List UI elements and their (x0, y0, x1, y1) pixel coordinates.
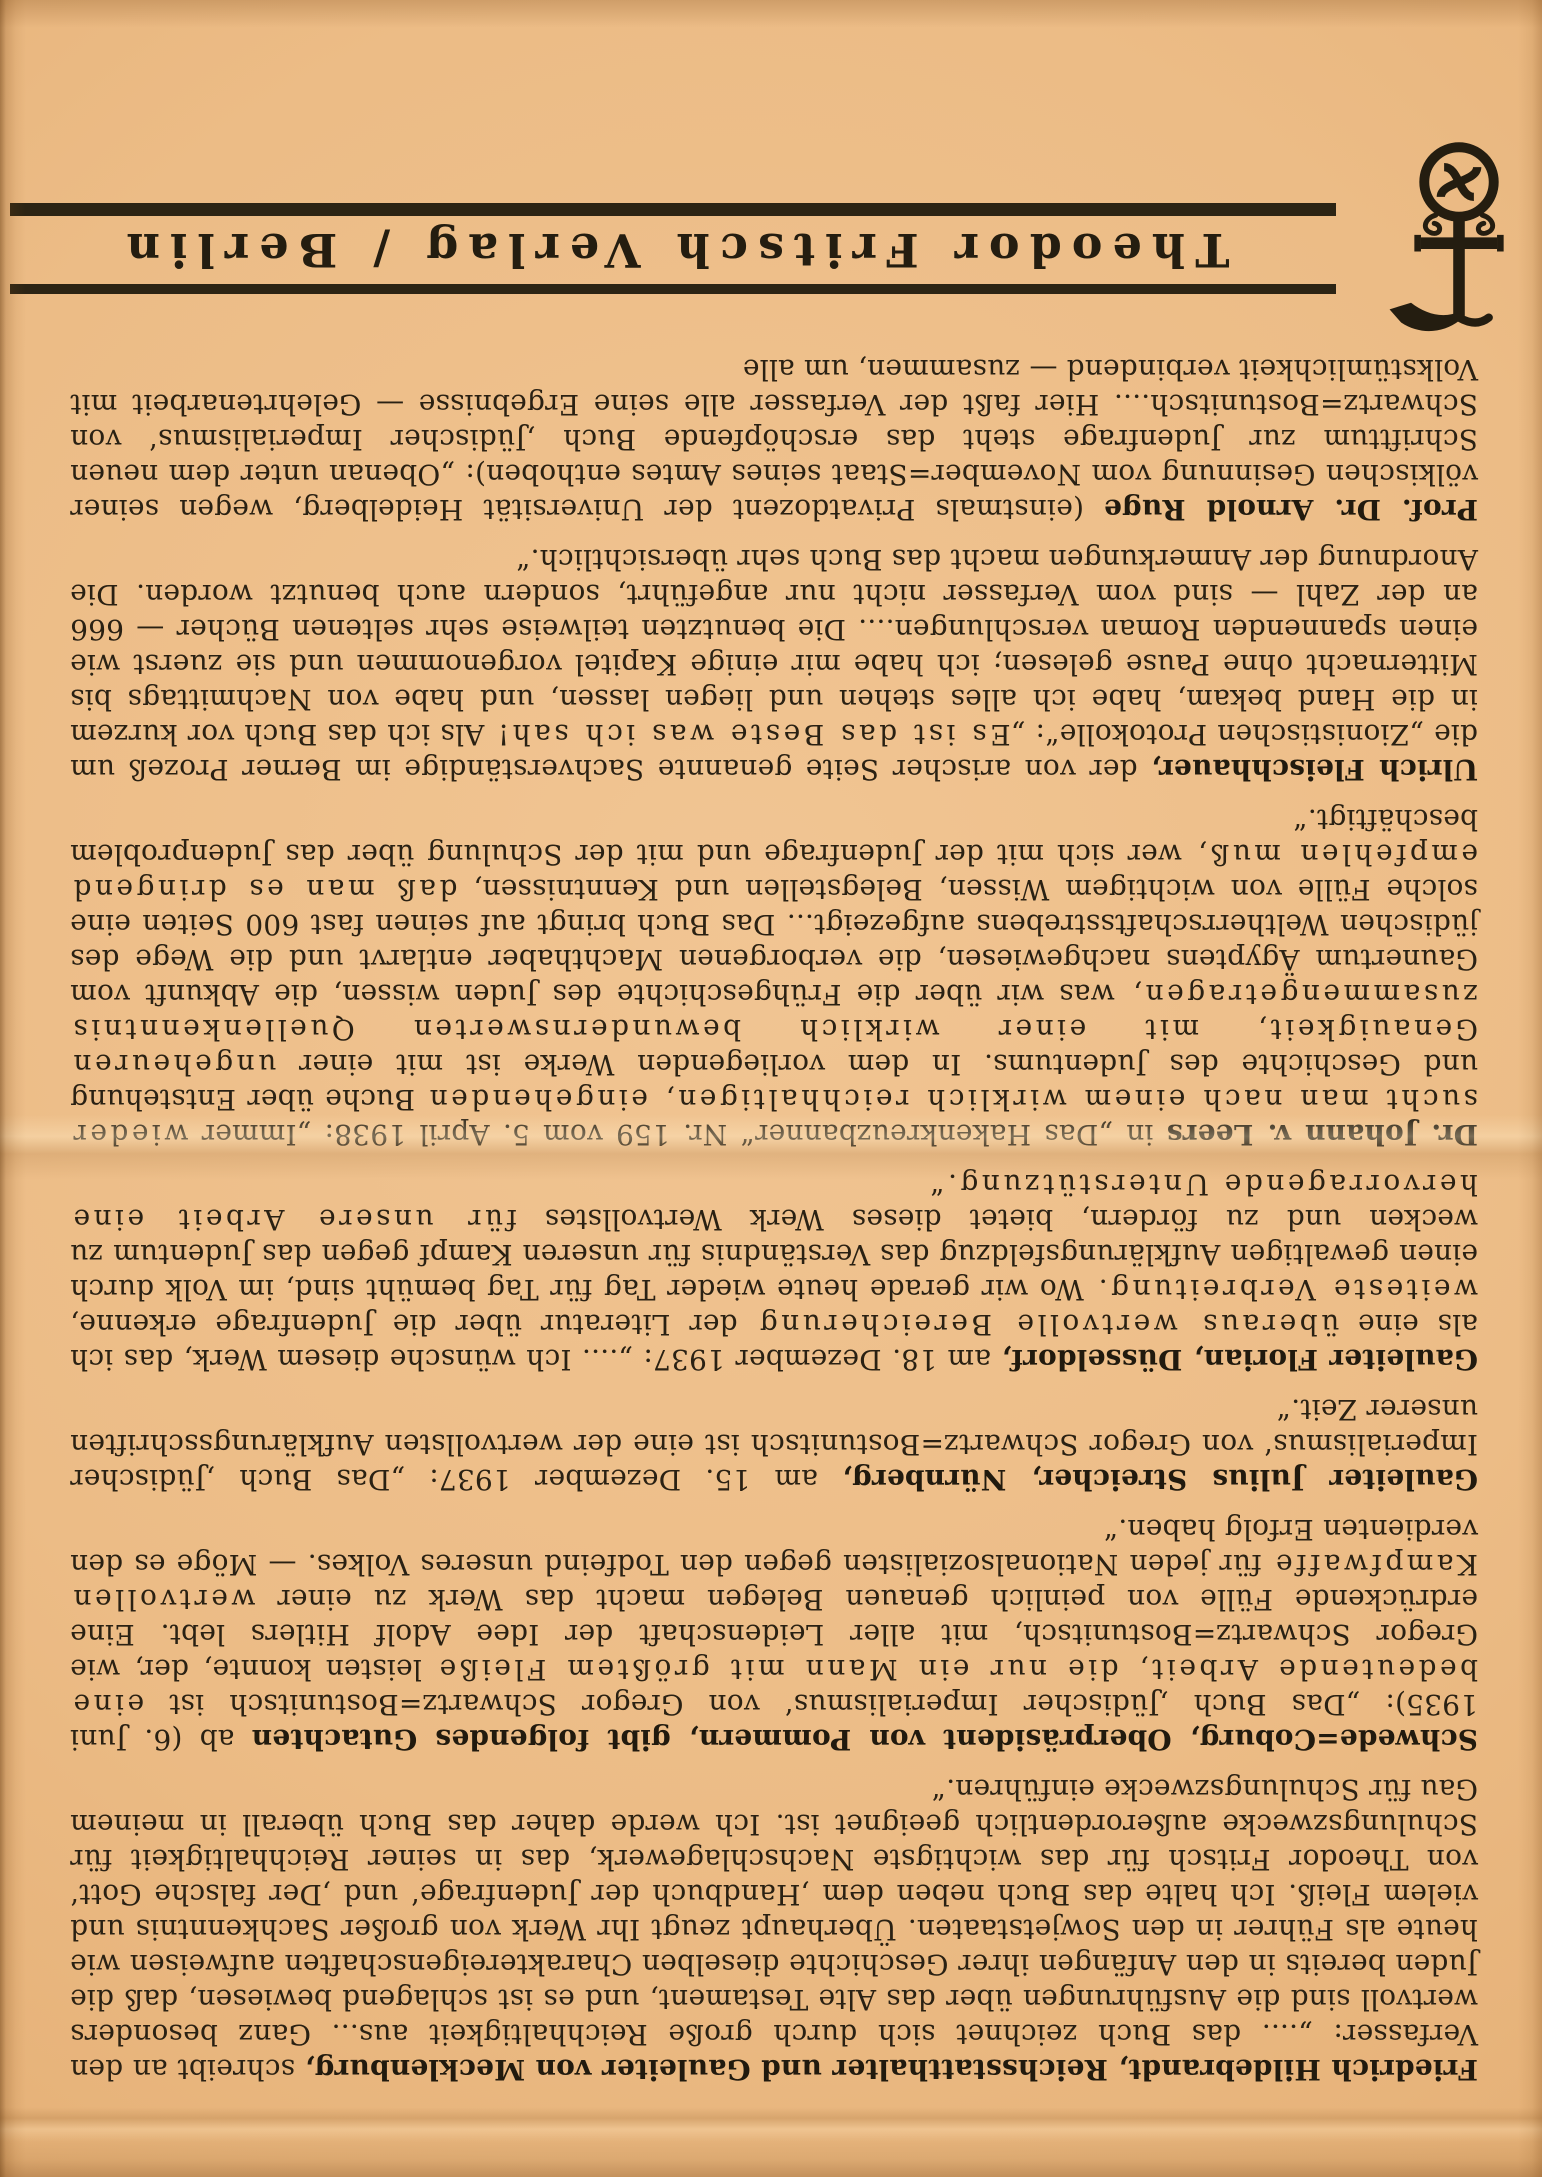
text-segment-normal: schreibt an den Verfasser: „.... das Buc… (70, 1773, 1478, 2086)
testimonial-ruge: Prof. Dr. Arnold Ruge (einstmals Privatd… (70, 352, 1478, 527)
testimonial-leers: Dr. Johann v. Leers in „Das Hakenkreuzba… (70, 802, 1478, 1152)
text-segment-spaced: überaus wertvolle Bereicherung (756, 1308, 1339, 1341)
text-segment-bold: Ulrich Fleischhauer, (1151, 753, 1478, 786)
scanned-page-sheet: Friedrich Hildebrandt, Reichsstatthalter… (0, 0, 1542, 2177)
text-segment-bold: Gauleiter Julius Streicher, Nürnberg, (842, 1463, 1478, 1496)
text-segment-bold: Dr. Johann v. Leers (1167, 1118, 1478, 1151)
publisher-band: Theodor Fritsch Verlag / Berlin (10, 203, 1336, 294)
testimonial-streicher: Gauleiter Julius Streicher, Nürnberg, am… (70, 1392, 1478, 1497)
text-segment-bold: Friedrich Hildebrandt, Reichsstatthalter… (305, 2053, 1478, 2086)
text-segment-normal: für jeden Nationalsozialisten gegen den … (70, 1513, 1478, 1581)
text-segment-spaced: weiteste Verbreitung. (1095, 1273, 1478, 1306)
band-rule-thin (10, 284, 1336, 294)
text-segment-spaced: Es ist das Beste was ich sah! (494, 718, 1010, 751)
testimonials-column: Friedrich Hildebrandt, Reichsstatthalter… (70, 337, 1478, 2087)
testimonial-florian: Gauleiter Florian, Düsseldorf, am 18. De… (70, 1167, 1478, 1377)
rotated-print-area: Friedrich Hildebrandt, Reichsstatthalter… (0, 0, 1542, 2177)
text-segment-bold: Prof. Dr. Arnold Ruge (1104, 493, 1478, 526)
text-segment-bold: Gauleiter Florian, Düsseldorf, (1001, 1343, 1478, 1376)
text-segment-bold: Schwede=Coburg, Oberpräsident von Pommer… (252, 1723, 1478, 1756)
testimonial-schwede-coburg: Schwede=Coburg, Oberpräsident von Pommer… (70, 1512, 1478, 1757)
publisher-title: Theodor Fritsch Verlag / Berlin (10, 216, 1336, 284)
text-segment-normal: der Literatur über die Judenfrage erkenn… (70, 1308, 756, 1341)
testimonial-hildebrandt: Friedrich Hildebrandt, Reichsstatthalter… (70, 1772, 1478, 2087)
band-rule-thick (10, 203, 1336, 216)
testimonial-fleischhauer: Ulrich Fleischhauer, der von arischer Se… (70, 542, 1478, 787)
text-segment-normal: in „Das Hakenkreuzbanner“ Nr. 159 vom 5.… (188, 1118, 1166, 1151)
anchor-swastika-emblem-icon (1376, 139, 1542, 349)
